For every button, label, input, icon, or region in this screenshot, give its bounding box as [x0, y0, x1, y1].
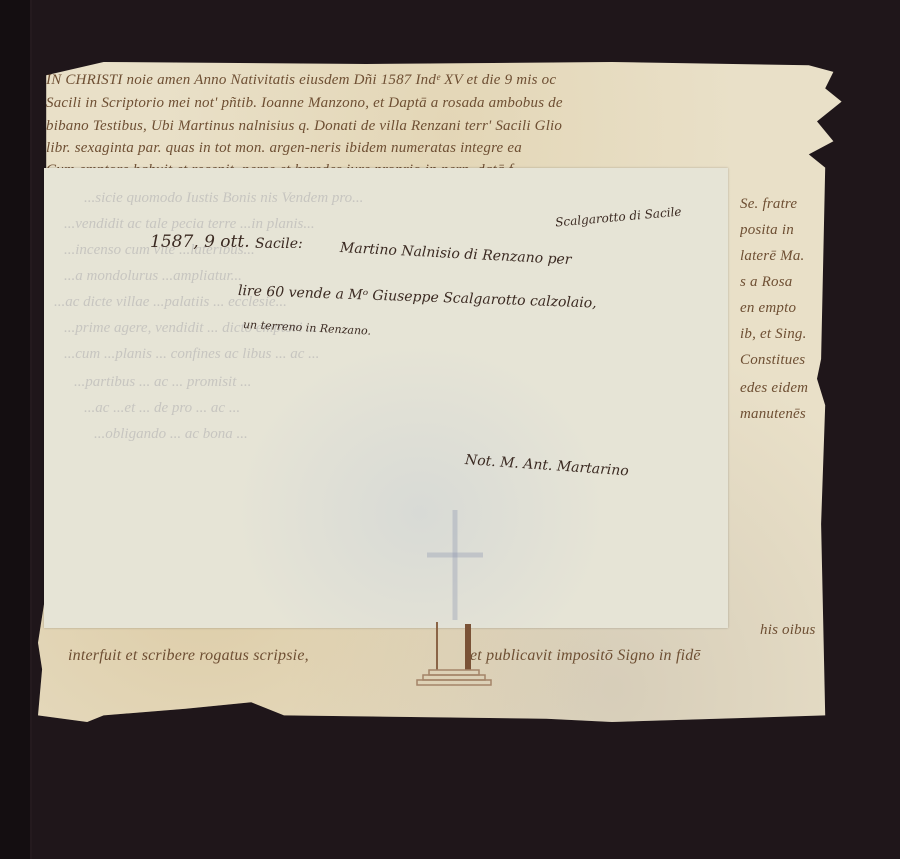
ghost-line-7: ...cum ...planis ... confines ac libus .…	[64, 346, 319, 363]
ghost-line-10: ...obligando ... ac bona ...	[94, 426, 248, 443]
ghost-line-4: ...a mondolurus ...ampliatur...	[64, 268, 242, 285]
margin-line-7: Constitues	[740, 352, 855, 369]
label-place: Sacile:	[255, 236, 303, 252]
scan-frame-edge	[0, 0, 32, 859]
parchment-line-4: libr. sexaginta par. quas in tot mon. ar…	[46, 140, 846, 157]
margin-line-6: ib, et Sing.	[740, 326, 855, 343]
parchment-line-1: IN CHRISTI noie amen Anno Nativitatis ei…	[46, 72, 846, 89]
margin-line-5: en empto	[740, 300, 855, 317]
archival-label: ...sicie quomodo Iustis Bonis nis Vendem…	[44, 168, 728, 628]
ghost-line-8: ...partibus ... ac ... promisit ...	[74, 374, 251, 391]
ghost-line-2: ...vendidit ac tale pecia terre ...in pl…	[64, 216, 315, 233]
notary-signum-icon	[415, 500, 495, 690]
margin-line-1: Se. fratre	[740, 196, 855, 213]
bottom-line-2: interfuit et scribere rogatus scripsie,	[68, 647, 408, 665]
margin-line-2: posita in	[740, 222, 855, 239]
bottom-line-3: et publicavit impositō Signo in fidē	[470, 647, 840, 665]
label-date: 1587, 9 ott.	[150, 232, 250, 252]
margin-line-3: laterē Ma.	[740, 248, 855, 265]
ghost-line-9: ...ac ...et ... de pro ... ac ...	[84, 400, 240, 417]
margin-line-9: manutenēs	[740, 406, 855, 423]
parchment-line-3: bibano Testibus, Ubi Martinus nalnisius …	[46, 118, 846, 135]
bottom-line-1: his oibus	[760, 622, 860, 639]
margin-line-4: s a Rosa	[740, 274, 855, 291]
ghost-line-1: ...sicie quomodo Iustis Bonis nis Vendem…	[84, 190, 363, 207]
margin-line-8: edes eidem	[740, 380, 855, 397]
parchment-line-2: Sacili in Scriptorio mei not' pñtib. Ioa…	[46, 95, 846, 112]
